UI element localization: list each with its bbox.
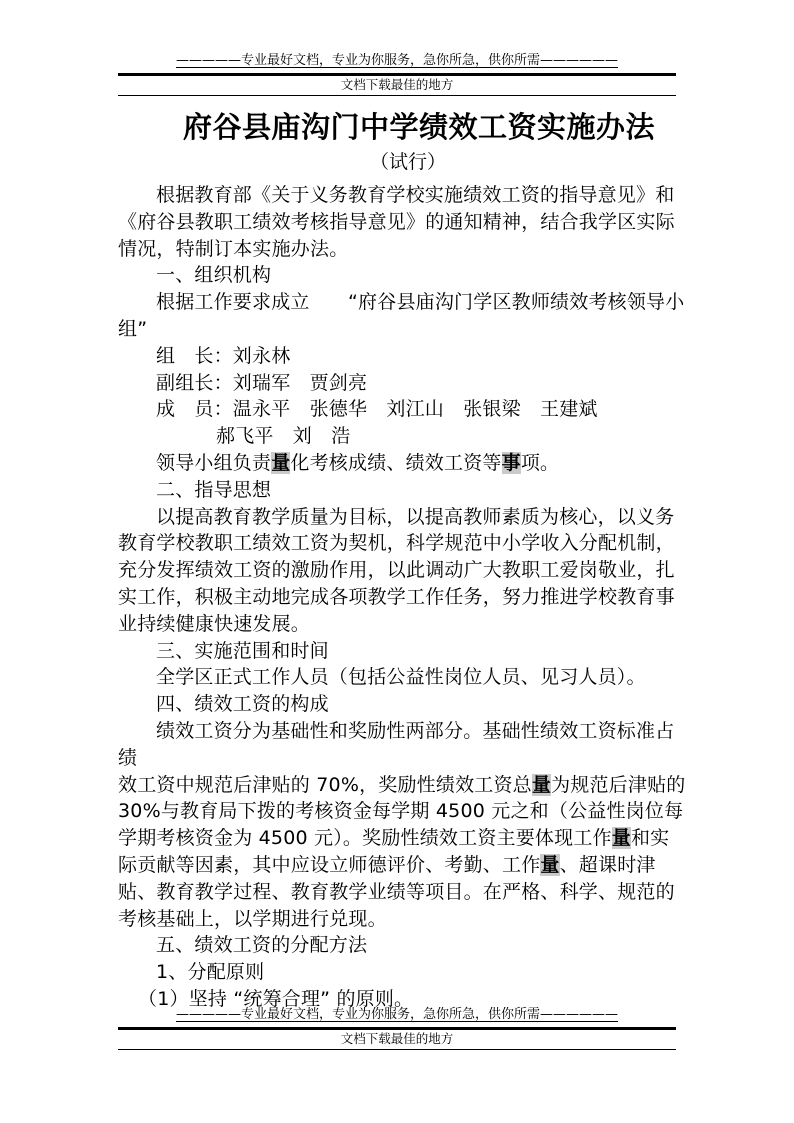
document-text: 根据教育部《关于义务教育学校实施绩效工资的指导意见》和《府谷县教职工绩效考核指导… xyxy=(118,182,678,1013)
text-line: 《府谷县教职工绩效考核指导意见》的通知精神，结合我学区实际 xyxy=(118,209,678,236)
emphasized-char: 量 xyxy=(612,827,631,849)
text-run: 学期考核资金为 4500 元）。奖励性绩效工资主要体现工作 xyxy=(118,827,612,849)
document-body: 府谷县庙沟门中学绩效工资实施办法 （试行） 根据教育部《关于义务教育学校实施绩效… xyxy=(118,106,678,1013)
text-line: 组” xyxy=(118,316,678,343)
text-run: 四、绩效工资的构成 xyxy=(156,693,329,715)
text-run: 考核基础上，以学期进行兑现。 xyxy=(118,908,387,930)
header-thin-rule xyxy=(118,95,676,96)
text-run: 全学区正式工作人员（包括公益性岗位人员、见习人员）。 xyxy=(156,666,646,688)
emphasized-char: 事 xyxy=(502,452,521,474)
text-line: 学期考核资金为 4500 元）。奖励性绩效工资主要体现工作量和实 xyxy=(118,825,678,852)
text-run: 为规范后津贴的 xyxy=(551,774,685,796)
text-line: 考核基础上，以学期进行兑现。 xyxy=(118,906,678,933)
text-line: 实工作，积极主动地完成各项教学工作任务，努力推进学校教育事 xyxy=(118,584,678,611)
text-run: 和实 xyxy=(631,827,669,849)
text-run: 情况，特制订本实施办法。 xyxy=(118,238,348,260)
emphasized-char: 量 xyxy=(540,854,559,876)
text-line: 一、组织机构 xyxy=(118,262,678,289)
footer-site-label: 文档下载最佳的地方 xyxy=(118,1030,676,1049)
emphasized-char: 量 xyxy=(532,774,551,796)
text-line: 全学区正式工作人员（包括公益性岗位人员、见习人员）。 xyxy=(118,664,678,691)
text-run: 五、绩效工资的分配方法 xyxy=(156,934,367,956)
text-run: 三、实施范围和时间 xyxy=(156,640,329,662)
text-line: 二、指导思想 xyxy=(118,477,678,504)
text-run: 际贡献等因素，其中应设立师德评价、考勤、工作 xyxy=(118,854,540,876)
text-line: 绩效工资分为基础性和奖励性两部分。基础性绩效工资标准占 xyxy=(118,718,678,745)
text-line: 根据工作要求成立 “府谷县庙沟门学区教师绩效考核领导小 xyxy=(118,289,678,316)
footer-tagline: —————专业最好文档，专业为你服务，急你所急，供你所需—————— xyxy=(118,1006,676,1024)
text-line: 领导小组负责量化考核成绩、绩效工资等事项。 xyxy=(118,450,678,477)
text-run: 二、指导思想 xyxy=(156,479,271,501)
text-run: 根据工作要求成立 “府谷县庙沟门学区教师绩效考核领导小 xyxy=(156,291,684,313)
text-run: 教育学校教职工绩效工资为契机，科学规范中小学收入分配机制， xyxy=(118,532,675,554)
text-run: 郝飞平 刘 浩 xyxy=(216,425,350,447)
text-line: 效工资中规范后津贴的 70%，奖励性绩效工资总量为规范后津贴的 xyxy=(118,772,678,799)
text-run: 化考核成绩、绩效工资等 xyxy=(290,452,501,474)
text-line: 成 员：温永平 张德华 刘江山 张银梁 王建斌 xyxy=(118,396,678,423)
text-line: 30%与教育局下拨的考核资金每学期 4500 元之和（公益性岗位每 xyxy=(118,798,678,825)
text-run: 效工资中规范后津贴的 70%，奖励性绩效工资总 xyxy=(118,774,532,796)
text-line: 教育学校教职工绩效工资为契机，科学规范中小学收入分配机制， xyxy=(118,530,678,557)
footer-thin-rule xyxy=(118,1049,676,1050)
text-run: 根据教育部《关于义务教育学校实施绩效工资的指导意见》和 xyxy=(156,184,674,206)
text-line: 际贡献等因素，其中应设立师德评价、考勤、工作量、超课时津 xyxy=(118,852,678,879)
text-run: 项。 xyxy=(521,452,559,474)
text-run: 《府谷县教职工绩效考核指导意见》的通知精神，结合我学区实际 xyxy=(118,211,675,233)
text-run: 以提高教育教学质量为目标，以提高教师素质为核心，以义务 xyxy=(156,506,674,528)
text-line: 充分发挥绩效工资的激励作用，以此调动广大教职工爱岗敬业，扎 xyxy=(118,557,678,584)
text-run: 组 长：刘永林 xyxy=(156,345,290,367)
text-line: 情况，特制订本实施办法。 xyxy=(118,236,678,263)
text-run: 贴、教育教学过程、教育教学业绩等项目。在严格、科学、规范的 xyxy=(118,881,675,903)
text-line: 郝飞平 刘 浩 xyxy=(118,423,678,450)
page-footer: —————专业最好文档，专业为你服务，急你所急，供你所需—————— 文档下载最… xyxy=(118,1006,676,1050)
text-run: 1、分配原则 xyxy=(156,961,264,983)
document-page: —————专业最好文档，专业为你服务，急你所急，供你所需—————— 文档下载最… xyxy=(0,0,794,1123)
document-title: 府谷县庙沟门中学绩效工资实施办法 xyxy=(118,106,678,148)
text-run: 组” xyxy=(118,318,147,340)
text-run: 成 员：温永平 张德华 刘江山 张银梁 王建斌 xyxy=(156,398,598,420)
text-run: 实工作，积极主动地完成各项教学工作任务，努力推进学校教育事 xyxy=(118,586,675,608)
text-line: 三、实施范围和时间 xyxy=(118,638,678,665)
text-run: 绩效工资分为基础性和奖励性两部分。基础性绩效工资标准占 xyxy=(156,720,674,742)
text-line: 绩 xyxy=(118,745,678,772)
header-tagline: —————专业最好文档，专业为你服务，急你所急，供你所需—————— xyxy=(118,52,676,70)
emphasized-char: 量 xyxy=(271,452,290,474)
text-run: 30%与教育局下拨的考核资金每学期 4500 元之和（公益性岗位每 xyxy=(118,800,683,822)
text-line: 副组长：刘瑞军 贾剑亮 xyxy=(118,370,678,397)
text-run: 一、组织机构 xyxy=(156,264,271,286)
text-line: 业持续健康快速发展。 xyxy=(118,611,678,638)
text-run: 充分发挥绩效工资的激励作用，以此调动广大教职工爱岗敬业，扎 xyxy=(118,559,675,581)
text-line: 五、绩效工资的分配方法 xyxy=(118,932,678,959)
header-site-label: 文档下载最佳的地方 xyxy=(118,76,676,95)
text-run: 、超课时津 xyxy=(560,854,656,876)
text-line: 1、分配原则 xyxy=(118,959,678,986)
text-line: 根据教育部《关于义务教育学校实施绩效工资的指导意见》和 xyxy=(118,182,678,209)
text-line: 四、绩效工资的构成 xyxy=(118,691,678,718)
text-line: 组 长：刘永林 xyxy=(118,343,678,370)
text-line: 以提高教育教学质量为目标，以提高教师素质为核心，以义务 xyxy=(118,504,678,531)
text-run: 领导小组负责 xyxy=(156,452,271,474)
text-line: 贴、教育教学过程、教育教学业绩等项目。在严格、科学、规范的 xyxy=(118,879,678,906)
text-run: 副组长：刘瑞军 贾剑亮 xyxy=(156,372,367,394)
text-run: 业持续健康快速发展。 xyxy=(118,613,310,635)
text-run: 绩 xyxy=(118,747,137,769)
document-subtitle: （试行） xyxy=(118,148,678,176)
page-header: —————专业最好文档，专业为你服务，急你所急，供你所需—————— 文档下载最… xyxy=(118,52,676,96)
